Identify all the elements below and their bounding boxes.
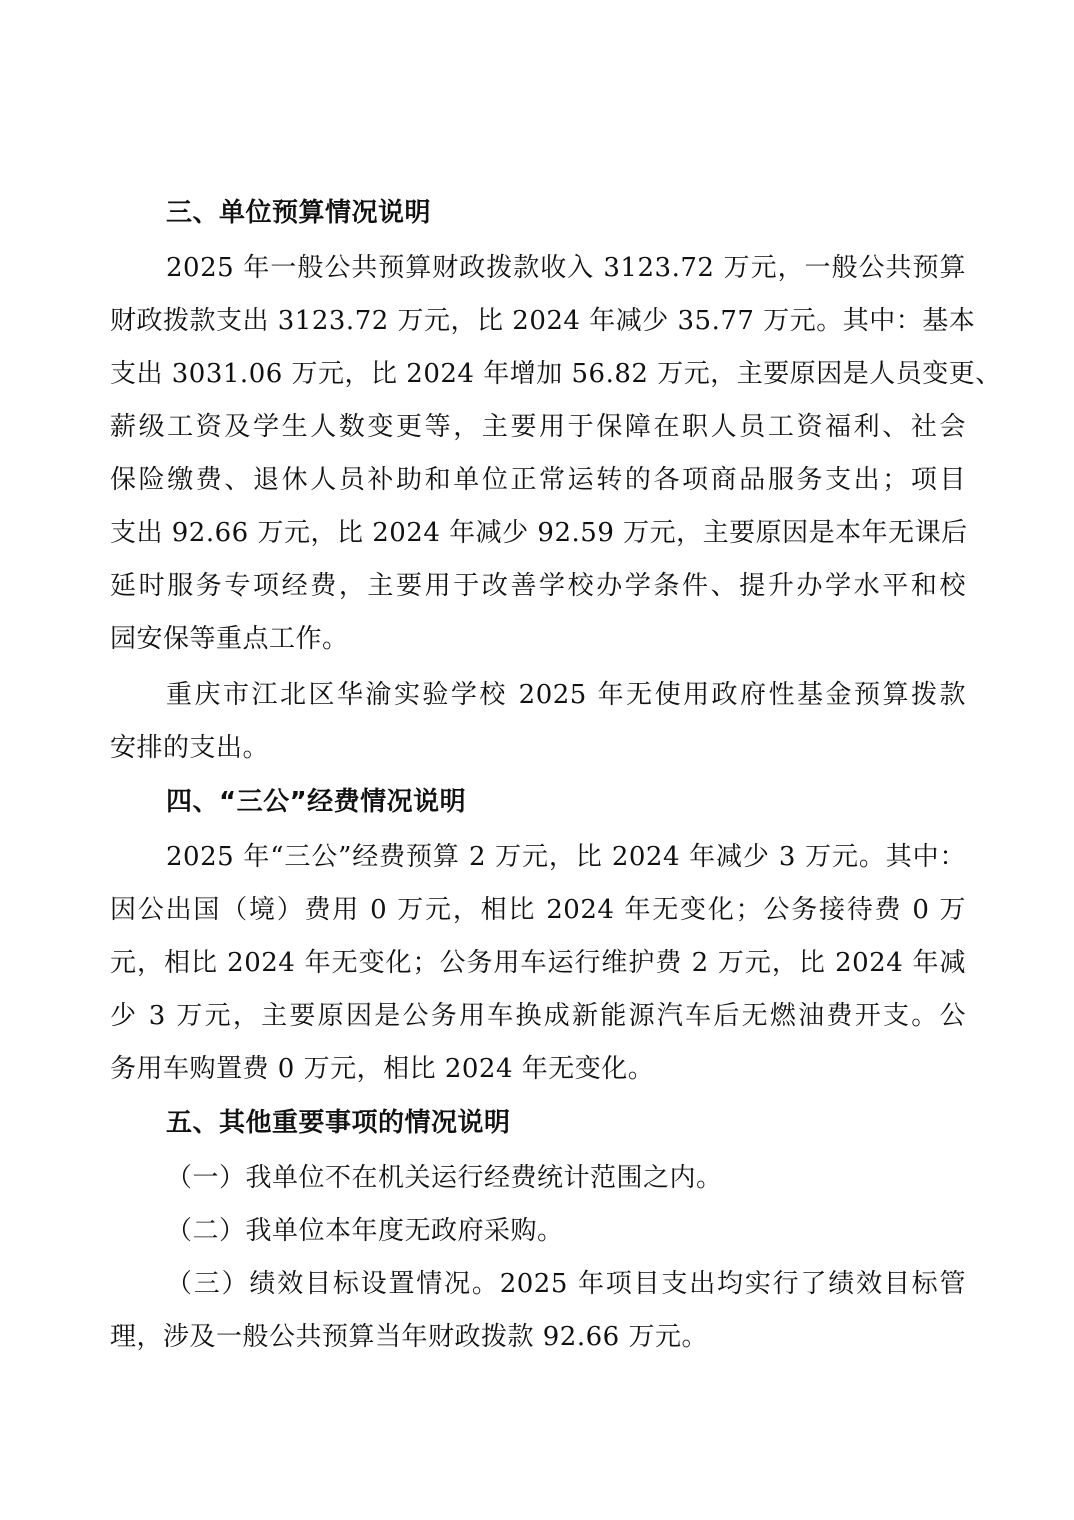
- paragraph-line: 少 3 万元，主要原因是公务用车换成新能源汽车后无燃油费开支。公: [110, 999, 966, 1033]
- section-heading-unit-budget: 三、单位预算情况说明: [166, 196, 431, 230]
- paragraph-line: 2025 年“三公”经费预算 2 万元，比 2024 年减少 3 万元。其中：: [166, 840, 966, 874]
- paragraph-line: 2025 年一般公共预算财政拨款收入 3123.72 万元，一般公共预算: [166, 251, 966, 285]
- paragraph-line: 支出 92.66 万元，比 2024 年减少 92.59 万元，主要原因是本年无…: [110, 516, 966, 550]
- paragraph-line: 园安保等重点工作。: [110, 622, 966, 656]
- paragraph-line: 安排的支出。: [110, 731, 966, 765]
- paragraph-line: 务用车购置费 0 万元，相比 2024 年无变化。: [110, 1052, 966, 1086]
- section-heading-other-matters: 五、其他重要事项的情况说明: [166, 1106, 511, 1140]
- list-item: （一）我单位不在机关运行经费统计范围之内。: [166, 1161, 966, 1195]
- paragraph-line: 财政拨款支出 3123.72 万元，比 2024 年减少 35.77 万元。其中…: [110, 304, 966, 338]
- paragraph-line: （三）绩效目标设置情况。2025 年项目支出均实行了绩效目标管: [166, 1267, 966, 1301]
- paragraph-line: 支出 3031.06 万元，比 2024 年增加 56.82 万元，主要原因是人…: [110, 357, 966, 391]
- list-item: （二）我单位本年度无政府采购。: [166, 1214, 966, 1248]
- paragraph-line: 薪级工资及学生人数变更等，主要用于保障在职人员工资福利、社会: [110, 410, 966, 444]
- paragraph-line: 元，相比 2024 年无变化；公务用车运行维护费 2 万元，比 2024 年减: [110, 946, 966, 980]
- paragraph-line: 保险缴费、退休人员补助和单位正常运转的各项商品服务支出；项目: [110, 463, 966, 497]
- document-page: 三、单位预算情况说明 2025 年一般公共预算财政拨款收入 3123.72 万元…: [0, 0, 1074, 1520]
- paragraph-line: 重庆市江北区华渝实验学校 2025 年无使用政府性基金预算拨款: [166, 678, 966, 712]
- paragraph-line: 因公出国（境）费用 0 万元，相比 2024 年无变化；公务接待费 0 万: [110, 893, 966, 927]
- paragraph-line: 理，涉及一般公共预算当年财政拨款 92.66 万元。: [110, 1320, 966, 1354]
- paragraph-line: 延时服务专项经费，主要用于改善学校办学条件、提升办学水平和校: [110, 569, 966, 603]
- section-heading-three-public-funds: 四、“三公”经费情况说明: [166, 785, 466, 819]
